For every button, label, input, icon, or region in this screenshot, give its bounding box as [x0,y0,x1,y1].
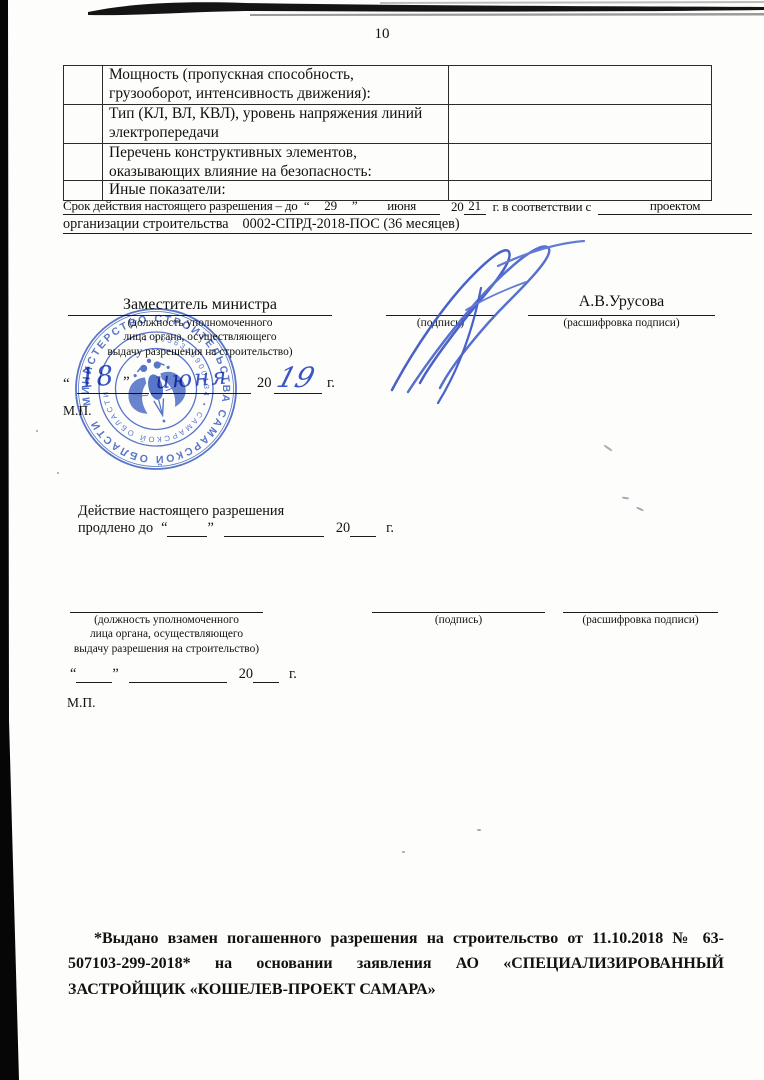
handwritten-signature [378,240,588,408]
scan-edge-top-artifact [0,0,764,26]
signature-ruling-line [70,597,263,613]
close-quote: ” [346,198,364,215]
extension-title-caption: (должность уполномоченного лица органа, … [70,613,263,656]
year-suffix: г. [289,666,297,683]
open-quote: “ [63,376,70,393]
blank-month-field [129,669,227,683]
validity-label: Срок действия настоящего разрешения – до [63,198,298,215]
table-cell-value [449,66,711,104]
year-century: 20 [239,666,253,683]
table-cell-value [449,144,711,180]
scan-speck [603,444,612,451]
year-century: 20 [257,375,272,392]
seal-mark: М.П. [67,695,96,711]
name-caption: (расшифровка подписи) [563,613,718,627]
extension-line1: Действие настоящего разрешения [78,502,284,520]
signature-caption: (подпись) [372,613,545,627]
scan-speck [477,829,481,831]
table-cell-index [64,105,102,143]
validity-year: 21 [464,198,486,215]
table-cell-label: Перечень конструктивных элементов, оказы… [102,144,449,180]
blank-year-field [350,523,376,537]
year-century: 20 [336,520,350,537]
double-headed-eagle-emblem [120,352,192,430]
validity-term-line2: организации строительства 0002-СПРД-2018… [63,216,752,234]
validity-day: 29 [316,198,346,215]
validity-term-line: Срок действия настоящего разрешения – до… [63,198,752,215]
validity-century: 20 [440,198,464,215]
table-cell-label: Тип (КЛ, ВЛ, КВЛ), уровень напряжения ли… [102,105,449,143]
table-cell-label: Мощность (пропускная способность, грузоо… [102,66,449,104]
validity-suffix: г. в соответствии с [486,198,598,215]
table-cell-index [64,144,102,180]
ministry-round-stamp: МИНИСТЕРСТВО СТРОИТЕЛЬСТВА САМАРСКОЙ ОБЛ… [70,304,242,474]
validity-month: июня [364,198,440,215]
extension-signature-block: (подпись) [372,597,545,627]
blank-day-field [76,669,112,683]
scan-edge-left-artifact [0,0,24,1080]
validity-basis: проектом [598,198,752,215]
close-quote: ” [112,666,118,683]
table-row: Тип (КЛ, ВЛ, КВЛ), уровень напряжения ли… [64,104,711,143]
extension-line2: продлено до “ ” 20 г. [78,519,394,537]
table-cell-value [449,105,711,143]
handwritten-year: 19 [273,361,318,394]
year-suffix: г. [386,520,394,537]
blank-month-field [224,523,324,537]
table-row: Иные показатели: [64,180,711,200]
page-number: 10 [0,26,764,43]
scan-speck [402,851,405,853]
table-row: Мощность (пропускная способность, грузоо… [64,66,711,104]
validity-line2-value: 0002-СПРД-2018-ПОС (36 месяцев) [243,216,460,233]
open-quote: “ [298,198,316,215]
scan-speck [36,430,38,432]
scan-speck [636,506,644,511]
scan-speck [622,496,629,499]
ruling-line [274,392,322,394]
extension-title-block: (должность уполномоченного лица органа, … [70,597,263,656]
scan-speck [57,472,59,474]
extension-prefix: продлено до [78,520,153,537]
blank-day-field [167,523,207,537]
close-quote: ” [207,520,213,537]
indicators-table: Мощность (пропускная способность, грузоо… [63,65,712,201]
replacement-footnote: *Выдано взамен погашенного разрешения на… [68,926,724,1002]
year-suffix: г. [327,375,335,392]
table-cell-index [64,66,102,104]
scanned-document-page: 10 Мощность (пропускная способность, гру… [0,0,764,1080]
extension-name-block: (расшифровка подписи) [563,597,718,627]
scan-speck [74,991,76,993]
signature-ruling-line [372,597,545,613]
signature-ruling-line [563,597,718,613]
table-row: Перечень конструктивных элементов, оказы… [64,143,711,180]
validity-line2-label: организации строительства [63,216,229,233]
blank-year-field [253,669,279,683]
extension-date-blank-line: “ ” 20 г. [70,665,297,683]
